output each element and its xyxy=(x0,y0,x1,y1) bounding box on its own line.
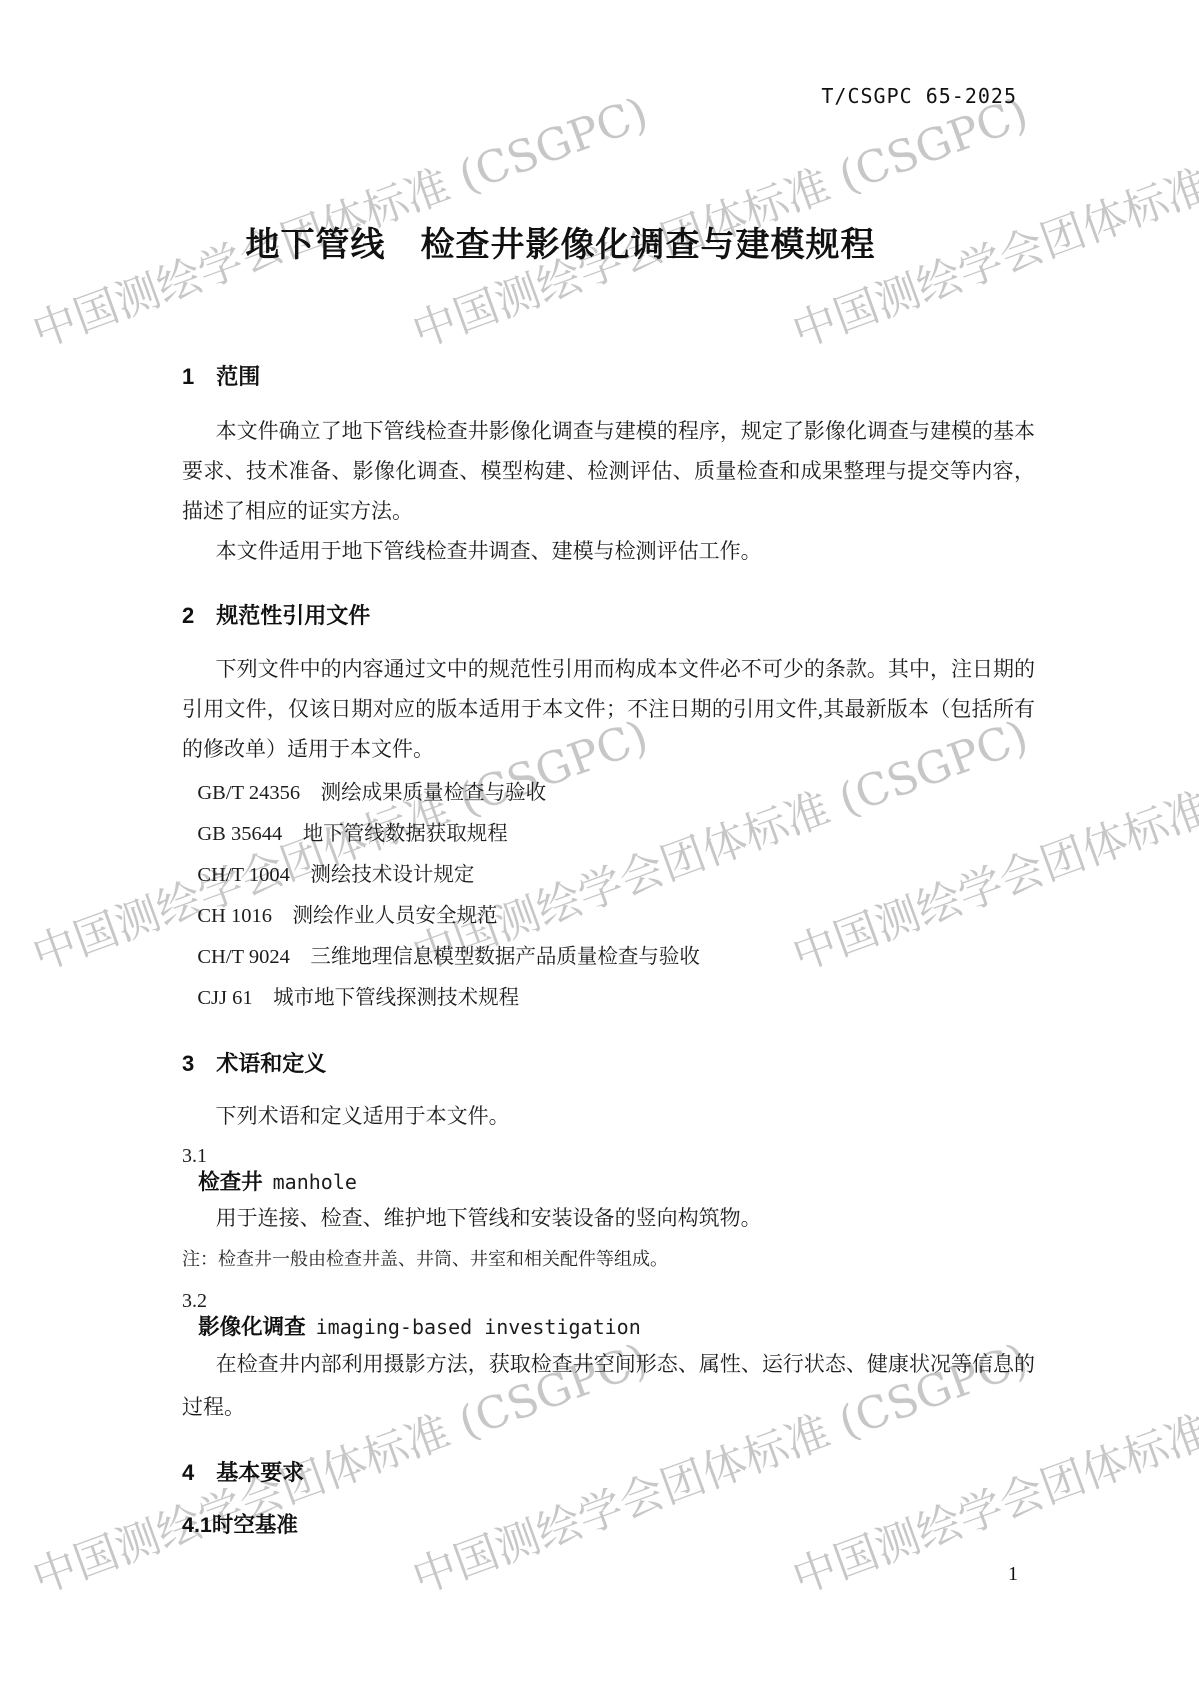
section-3-paragraph: 下列术语和定义适用于本文件。 xyxy=(182,1096,1035,1136)
term-number: 3.1 xyxy=(182,1145,1035,1167)
term-name-en: imaging-based investigation xyxy=(316,1315,641,1339)
term-name: 影像化调查imaging-based investigation xyxy=(182,1312,1035,1342)
reference-list: GB/T 24356 测绘成果质量检查与验收 GB 35644 地下管线数据获取… xyxy=(182,773,1035,1019)
reference-item: GB/T 24356 测绘成果质量检查与验收 xyxy=(182,773,1035,814)
section-1-paragraph: 本文件适用于地下管线检查井调查、建模与检测评估工作。 xyxy=(182,531,1035,571)
term-definition: 在检查井内部利用摄影方法，获取检查井空间形态、属性、运行状态、健康状况等信息的过… xyxy=(182,1343,1035,1429)
reference-item: GB 35644 地下管线数据获取规程 xyxy=(182,814,1035,855)
standard-code: T/CSGPC 65-2025 xyxy=(182,84,1035,108)
reference-item: CH 1016 测绘作业人员安全规范 xyxy=(182,896,1035,937)
reference-item: CH/T 9024 三维地理信息模型数据产品质量检查与验收 xyxy=(182,937,1035,978)
section-1-paragraph: 本文件确立了地下管线检查井影像化调查与建模的程序，规定了影像化调查与建模的基本要… xyxy=(182,411,1035,531)
section-2-heading: 2 规范性引用文件 xyxy=(182,596,1035,636)
term-number: 3.2 xyxy=(182,1290,1035,1312)
term-name-en: manhole xyxy=(273,1170,357,1194)
document-page: 中国测绘学会团体标准 (CSGPC) 中国测绘学会团体标准 (CSGPC) 中国… xyxy=(0,0,1199,1696)
section-1-heading: 1 范围 xyxy=(182,357,1035,397)
term-name-zh: 检查井 xyxy=(198,1170,263,1194)
page-content: T/CSGPC 65-2025 地下管线 检查井影像化调查与建模规程 1 范围 … xyxy=(182,0,1035,1545)
document-title: 地下管线 检查井影像化调查与建模规程 xyxy=(182,221,1035,269)
reference-item: CJJ 61 城市地下管线探测技术规程 xyxy=(182,978,1035,1019)
term-definition: 用于连接、检查、维护地下管线和安装设备的竖向构筑物。 xyxy=(182,1198,1035,1238)
section-2-paragraph: 下列文件中的内容通过文中的规范性引用而构成本文件必不可少的条款。其中，注日期的引… xyxy=(182,649,1035,769)
section-4-heading: 4 基本要求 xyxy=(182,1453,1035,1493)
term-name: 检查井manhole xyxy=(182,1167,1035,1197)
section-4-1-heading: 4.1时空基准 xyxy=(182,1505,1035,1545)
section-3-heading: 3 术语和定义 xyxy=(182,1044,1035,1084)
term-note: 注：检查井一般由检查井盖、井筒、井室和相关配件等组成。 xyxy=(182,1244,1035,1274)
page-number: 1 xyxy=(1008,1563,1018,1586)
term-name-zh: 影像化调查 xyxy=(198,1315,306,1339)
reference-item: CH/T 1004 测绘技术设计规定 xyxy=(182,855,1035,896)
